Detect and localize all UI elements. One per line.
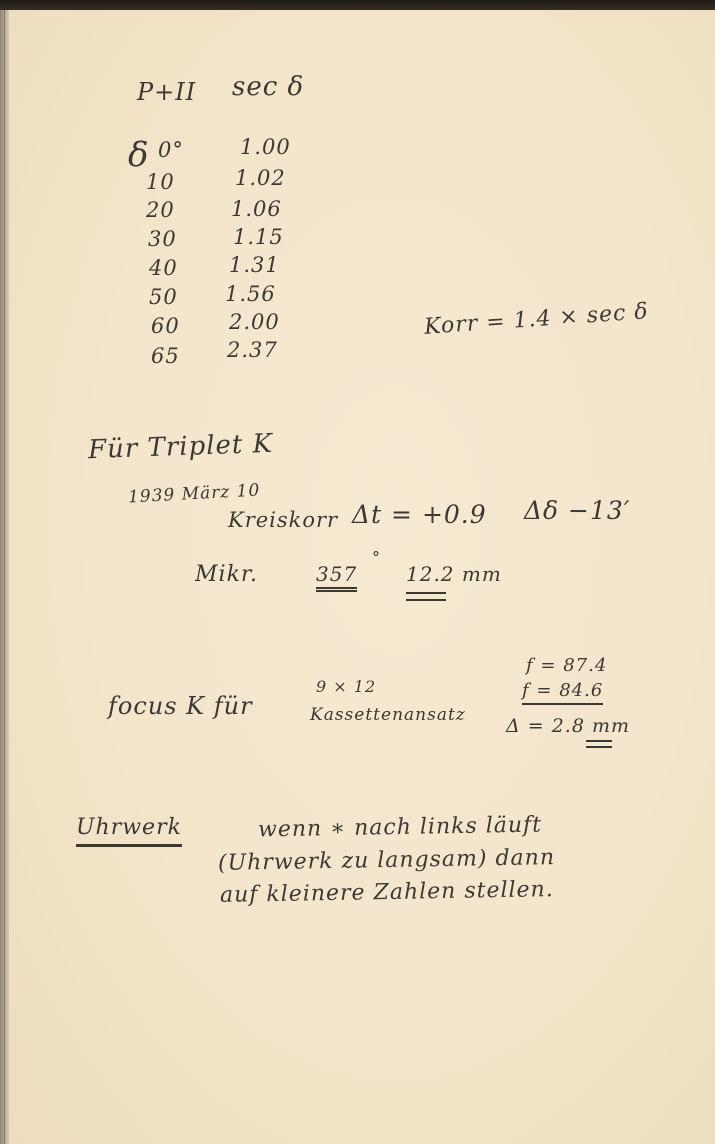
focus-f1: f = 87.4 [526, 655, 607, 676]
table-row-sec: 1.02 [235, 166, 286, 190]
mikr-label: Mikr. [195, 562, 258, 587]
table-row-deg: 60 [151, 314, 180, 338]
mikr-mm: 12.2 mm [406, 562, 502, 586]
kreiskorr-t: Δt = +0.9 [352, 500, 487, 529]
table-header-left: P+II [137, 78, 196, 106]
table-row-deg: 65 [151, 344, 180, 368]
table-row-sec: 2.00 [229, 310, 280, 334]
focus-format: 9 × 12 [316, 677, 376, 696]
notebook-page [7, 10, 715, 1144]
table-row-deg: 10 [146, 170, 175, 194]
mikr-angle: 357 [316, 562, 357, 592]
focus-kassette: Kassettenansatz [310, 705, 466, 725]
table-row-sec: 1.56 [225, 282, 276, 306]
kreiskorr-delta: Δδ −13′ [524, 496, 631, 525]
spine-line [4, 10, 5, 1144]
table-row-sec: 1.06 [231, 197, 282, 221]
table-row-sec: 2.37 [227, 338, 278, 362]
delta-symbol: δ [128, 135, 149, 175]
uhrwerk-label: Uhrwerk [76, 815, 182, 847]
table-row-deg: 50 [149, 285, 178, 309]
uhrwerk-line1: wenn ∗ nach links läuft [258, 813, 542, 843]
table-row-deg: 0° [158, 138, 184, 162]
table-header-right: sec δ [232, 72, 304, 102]
kreiskorr-label: Kreiskorr [228, 508, 338, 532]
focus-label: focus K für [108, 692, 253, 720]
table-row-sec: 1.31 [229, 253, 280, 277]
mikr-angle-unit: ° [372, 548, 381, 567]
table-row-sec: 1.00 [240, 135, 291, 159]
focus-delta-underline [586, 740, 612, 748]
table-row-deg: 30 [148, 227, 177, 251]
table-row-deg: 20 [146, 198, 175, 222]
table-row-sec: 1.15 [233, 225, 284, 249]
focus-delta: Δ = 2.8 mm [506, 715, 630, 737]
mikr-mm-underline [406, 592, 446, 601]
focus-f2: f = 84.6 [522, 680, 603, 705]
table-row-deg: 40 [149, 256, 178, 280]
